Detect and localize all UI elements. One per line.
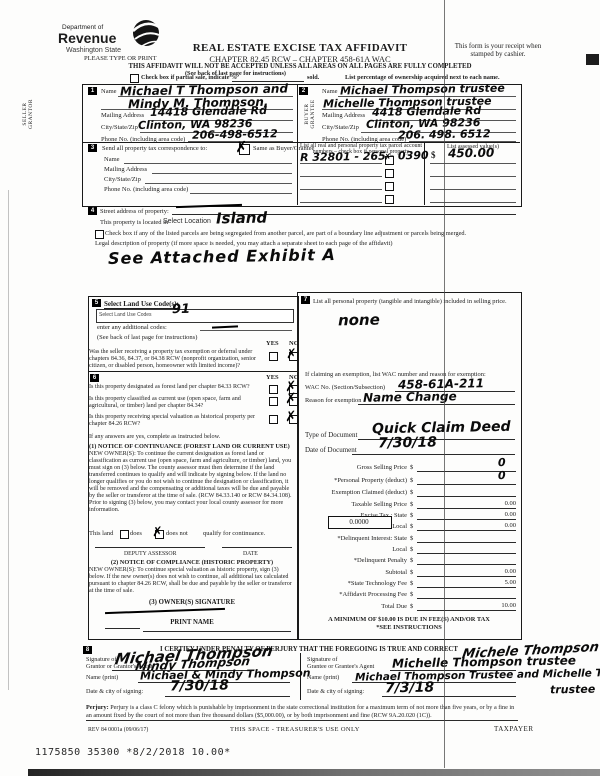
notice2-title: (2) NOTICE OF COMPLIANCE (HISTORIC PROPE… xyxy=(89,559,295,566)
perjury-underline xyxy=(86,720,518,721)
if-yes-note: If any answers are yes, complete as inst… xyxy=(89,433,220,440)
treasurer-use-label: THIS SPACE - TREASURER'S USE ONLY xyxy=(230,726,360,733)
money-label-0: Gross Selling Price xyxy=(300,464,407,471)
dollar-3: $ xyxy=(410,501,413,508)
parcel-line-3 xyxy=(300,189,382,190)
money-line-2 xyxy=(417,496,516,497)
does-not-x-mark-icon xyxy=(152,526,164,540)
sec5-no-x-mark-icon xyxy=(286,348,298,362)
grantor-print-label: Name (print) xyxy=(86,674,118,681)
rev-form-number: REV 84 0001a (09/06/17) xyxy=(88,727,148,733)
doc-type-handwriting: Quick Claim Deed xyxy=(372,420,511,436)
grantee-date-line xyxy=(382,696,516,697)
grantee-print-label: Name (print) xyxy=(307,674,339,681)
assessed-line-1 xyxy=(430,163,516,164)
money-line-1 xyxy=(417,484,516,485)
dollar-0: $ xyxy=(410,464,413,471)
segregated-label: Check box if any of the listed parcels a… xyxy=(105,230,466,237)
money-line-11 xyxy=(417,598,516,599)
doc-date-label: Date of Document xyxy=(305,446,357,454)
parcel-number-handwriting: R 32801 - 265 - 0390 xyxy=(300,150,429,163)
form-title: REAL ESTATE EXCISE TAX AFFIDAVIT xyxy=(150,42,450,54)
perjury-label: Perjury: xyxy=(86,704,109,711)
dollar-2: $ xyxy=(410,489,413,496)
seller-city-label: City/State/Zip xyxy=(101,124,138,131)
section3-badge: 3 xyxy=(88,144,97,152)
corr-address-line xyxy=(152,173,292,174)
sec6-q3-x-mark-icon xyxy=(285,410,298,425)
section1-badge: 1 xyxy=(88,87,97,95)
money-label-3: Taxable Selling Price xyxy=(300,501,407,508)
sec6-q2: Is this property classified as current u… xyxy=(89,396,265,410)
sec5-yes-checkbox[interactable] xyxy=(269,352,278,361)
same-as-x-mark-icon xyxy=(234,140,248,156)
form-warning: THIS AFFIDAVIT WILL NOT BE ACCEPTED UNLE… xyxy=(100,63,500,70)
seller-name-label: Name xyxy=(101,88,117,95)
parcel-personal-checkbox-3[interactable] xyxy=(385,182,394,191)
money-line-3 xyxy=(417,508,516,509)
money-label-6: *Delinquent Interest: State xyxy=(300,535,407,542)
print-name-line xyxy=(143,631,291,632)
ownership-note: List percentage of ownership acquired ne… xyxy=(345,74,500,81)
perjury-body: Perjury is a class C felony which is pun… xyxy=(86,704,514,719)
street-address-label: Street address of property: xyxy=(100,208,169,215)
sec6-q1: Is this property designated as forest la… xyxy=(89,384,265,391)
money-label-2: Exemption Claimed (deduct) xyxy=(300,489,407,496)
money-label-1: *Personal Property (deduct) xyxy=(300,477,407,484)
buyer-side-word2: GRANTEE xyxy=(310,99,316,128)
doc-date-handwriting: 7/30/18 xyxy=(378,435,437,450)
qualify-label: qualify for continuance. xyxy=(203,530,265,537)
sec5-question: Was the seller receiving a property tax … xyxy=(89,349,261,370)
print-name-label: PRINT NAME xyxy=(89,619,295,626)
notice1-body: NEW OWNER(S): To continue the current de… xyxy=(89,451,295,514)
assessed-line-2 xyxy=(430,176,516,177)
section6-badge: 6 xyxy=(90,374,99,382)
see-back-note-2: (See back of last page for instructions) xyxy=(97,334,197,341)
print-name-line-left xyxy=(105,628,140,629)
section8-badge: 8 xyxy=(83,646,92,654)
dor-state-line: Washington State xyxy=(66,47,121,54)
affidavit-scanned-page: Department of Revenue Washington State P… xyxy=(0,0,600,776)
additional-codes-line xyxy=(200,330,292,331)
land-use-code-handwriting: 91 xyxy=(172,303,190,316)
partial-sale-checkbox[interactable] xyxy=(130,74,139,83)
subtotal-value: 0.00 xyxy=(430,568,516,575)
parcel-line-4 xyxy=(300,202,382,203)
see-instructions-note: *SEE INSTRUCTIONS xyxy=(303,624,515,631)
location-handwriting: Island xyxy=(216,211,267,227)
parcel-line-1 xyxy=(300,163,382,164)
money-line-4 xyxy=(417,519,516,520)
dollar-12: $ xyxy=(410,603,413,610)
money-line-10 xyxy=(417,587,516,588)
dollar-9: $ xyxy=(410,569,413,576)
dollar-6: $ xyxy=(410,535,413,542)
money-line-5 xyxy=(417,530,516,531)
personal-deduct-handwriting: 0 xyxy=(498,470,506,481)
grantor-date-handwriting: 7/30/18 xyxy=(170,678,229,693)
tech-fee-value: 5.00 xyxy=(430,579,516,586)
dollar-8: $ xyxy=(410,557,413,564)
corr-city-label: City/State/Zip xyxy=(104,176,141,183)
minimum-due-note: A MINIMUM OF $10.00 IS DUE IN FEE(S) AND… xyxy=(303,616,515,623)
section5-6-divider xyxy=(88,371,297,372)
seller-side-word2: GRANTOR xyxy=(28,99,34,129)
grantee-print-overflow-handwriting: trustee xyxy=(550,684,595,696)
scan-edge-line xyxy=(8,190,9,690)
money-label-7: Local xyxy=(300,546,407,553)
taxable-price-value: 0.00 xyxy=(430,500,516,507)
additional-codes-label: enter any additional codes: xyxy=(97,324,167,331)
sold-label: sold. xyxy=(307,74,319,81)
buyer-address-label: Mailing Address xyxy=(322,112,365,119)
money-label-10: *State Technology Fee xyxy=(300,580,407,587)
gross-price-handwriting: 0 xyxy=(498,457,506,468)
cashier-stamp: 1175850 35300 *8/2/2018 10.00* xyxy=(35,747,231,758)
deputy-assessor-label: DEPUTY ASSESSOR xyxy=(124,551,176,557)
buyer-name-label: Name xyxy=(322,88,338,95)
dollar-1: $ xyxy=(410,477,413,484)
perjury-paragraph: Perjury: Perjury is a class C felony whi… xyxy=(86,704,518,719)
sec6-yes-header: YES xyxy=(266,374,279,381)
buyer-grantee-side-label: BUYER GRANTEE xyxy=(298,94,322,134)
sec6-q3-yes-checkbox[interactable] xyxy=(269,415,278,424)
parcel-personal-checkbox-4[interactable] xyxy=(385,195,394,204)
deputy-assessor-line xyxy=(95,547,205,548)
dollar-5: $ xyxy=(410,523,413,530)
sec6-q2-yes-checkbox[interactable] xyxy=(269,397,278,406)
total-due-value: 10.00 xyxy=(430,602,516,609)
grantee-signature-of-label: Signature of xyxy=(307,656,337,663)
parcel-personal-checkbox-2[interactable] xyxy=(385,169,394,178)
does-label: does xyxy=(130,530,142,537)
seller-address-label: Mailing Address xyxy=(101,112,144,119)
segregated-checkbox[interactable] xyxy=(95,230,104,239)
personal-property-label: List all personal property (tangible and… xyxy=(313,298,515,306)
please-type-label: PLEASE TYPE OR PRINT xyxy=(84,55,157,62)
assessed-value-handwriting: 450.00 xyxy=(448,147,495,160)
grantee-date-handwriting: 7/3/18 xyxy=(385,681,434,696)
excise-state-value: 0.00 xyxy=(430,511,516,518)
buyer-phone-label: Phone No. (including area code) xyxy=(322,136,406,143)
money-label-11: *Affidavit Processing Fee xyxy=(300,591,407,598)
legal-description-handwriting: See Attached Exhibit A xyxy=(108,247,336,267)
notice2-body: NEW OWNER(S): To continue special valuat… xyxy=(89,567,295,595)
money-line-12 xyxy=(417,610,516,611)
grantee-date-label: Date & city of signing: xyxy=(307,688,364,695)
corr-name-label: Name xyxy=(104,156,120,163)
dollar-7: $ xyxy=(410,546,413,553)
assessed-line-3 xyxy=(430,189,516,190)
grantor-date-label: Date & city of signing: xyxy=(86,688,143,695)
sec6-q3: Is this property receiving special valua… xyxy=(89,414,265,428)
land-does-checkbox[interactable] xyxy=(120,530,129,539)
notice1-title: (1) NOTICE OF CONTINUANCE (FOREST LAND O… xyxy=(89,443,290,450)
owners-signature-label: (3) OWNER(S) SIGNATURE xyxy=(89,599,295,606)
dollar-10: $ xyxy=(410,580,413,587)
located-in-label: This property is located in xyxy=(100,219,168,226)
money-line-9 xyxy=(417,576,516,577)
corr-phone-line xyxy=(190,193,292,194)
corner-stamp-box xyxy=(586,54,599,65)
corr-name-line xyxy=(124,163,292,164)
partial-sale-label: Check box if partial sale, indicate % xyxy=(141,74,237,81)
assessed-dollar-sign: $ xyxy=(431,150,436,160)
land-use-select-text: Select Land Use Codes xyxy=(99,312,152,318)
sec5-yes-header: YES xyxy=(266,340,279,347)
this-land-label: This land xyxy=(89,530,113,537)
dollar-4: $ xyxy=(410,512,413,519)
parcel-x-mark-icon xyxy=(384,154,392,164)
buyer-city-label: City/State/Zip xyxy=(322,124,359,131)
grantee-role-label: Grantee or Grantee's Agent xyxy=(307,663,374,670)
money-line-7 xyxy=(417,553,516,554)
money-label-5: Local xyxy=(300,523,407,530)
reason-handwriting: Name Change xyxy=(363,390,457,404)
does-not-label: does not xyxy=(166,530,188,537)
money-line-8 xyxy=(417,564,516,565)
scan-fold-line xyxy=(444,0,445,768)
reason-label: Reason for exemption xyxy=(305,397,361,404)
parcel-line-2 xyxy=(300,176,382,177)
section5-badge: 5 xyxy=(92,299,101,307)
personal-property-handwriting: none xyxy=(338,313,380,329)
doc-type-label: Type of Document xyxy=(305,431,357,439)
receipt-note: This form is your receipt when stamped b… xyxy=(446,42,550,58)
scan-bottom-edge xyxy=(28,769,600,776)
excise-local-value: 0.00 xyxy=(430,522,516,529)
deputy-date-line xyxy=(222,547,292,548)
corr-city-line xyxy=(145,183,292,184)
money-label-9: Subtotal xyxy=(300,569,407,576)
sec6-q2-x-mark-icon xyxy=(285,392,298,407)
assessed-line-4 xyxy=(430,202,516,203)
sec6-q1-yes-checkbox[interactable] xyxy=(269,385,278,394)
corr-phone-label: Phone No. (including area code) xyxy=(104,186,188,193)
money-label-8: *Delinquent Penalty xyxy=(300,557,407,564)
section7-badge: 7 xyxy=(301,296,310,304)
land-use-title: Select Land Use Code(s): xyxy=(104,300,179,309)
corr-address-label: Mailing Address xyxy=(104,166,147,173)
doc-date-line xyxy=(352,454,515,455)
seller-grantor-side-label: SELLER GRANTOR xyxy=(16,94,40,134)
reason-line xyxy=(358,404,515,405)
deputy-date-label: DATE xyxy=(243,551,258,557)
location-select[interactable]: Select Location xyxy=(163,218,211,225)
grantor-signature-of-label: Signature of xyxy=(86,656,116,663)
taxpayer-label: TAXPAYER xyxy=(494,725,534,733)
send-correspondence-label: Send all property tax correspondence to: xyxy=(102,145,207,152)
dollar-11: $ xyxy=(410,591,413,598)
grantor-date-line xyxy=(165,696,290,697)
section4-badge: 4 xyxy=(88,207,97,215)
dor-revenue-wordmark: Revenue xyxy=(58,30,116,46)
seller-phone-label: Phone No. (including area code) xyxy=(101,136,185,143)
money-label-12: Total Due xyxy=(300,603,407,610)
money-line-6 xyxy=(417,542,516,543)
